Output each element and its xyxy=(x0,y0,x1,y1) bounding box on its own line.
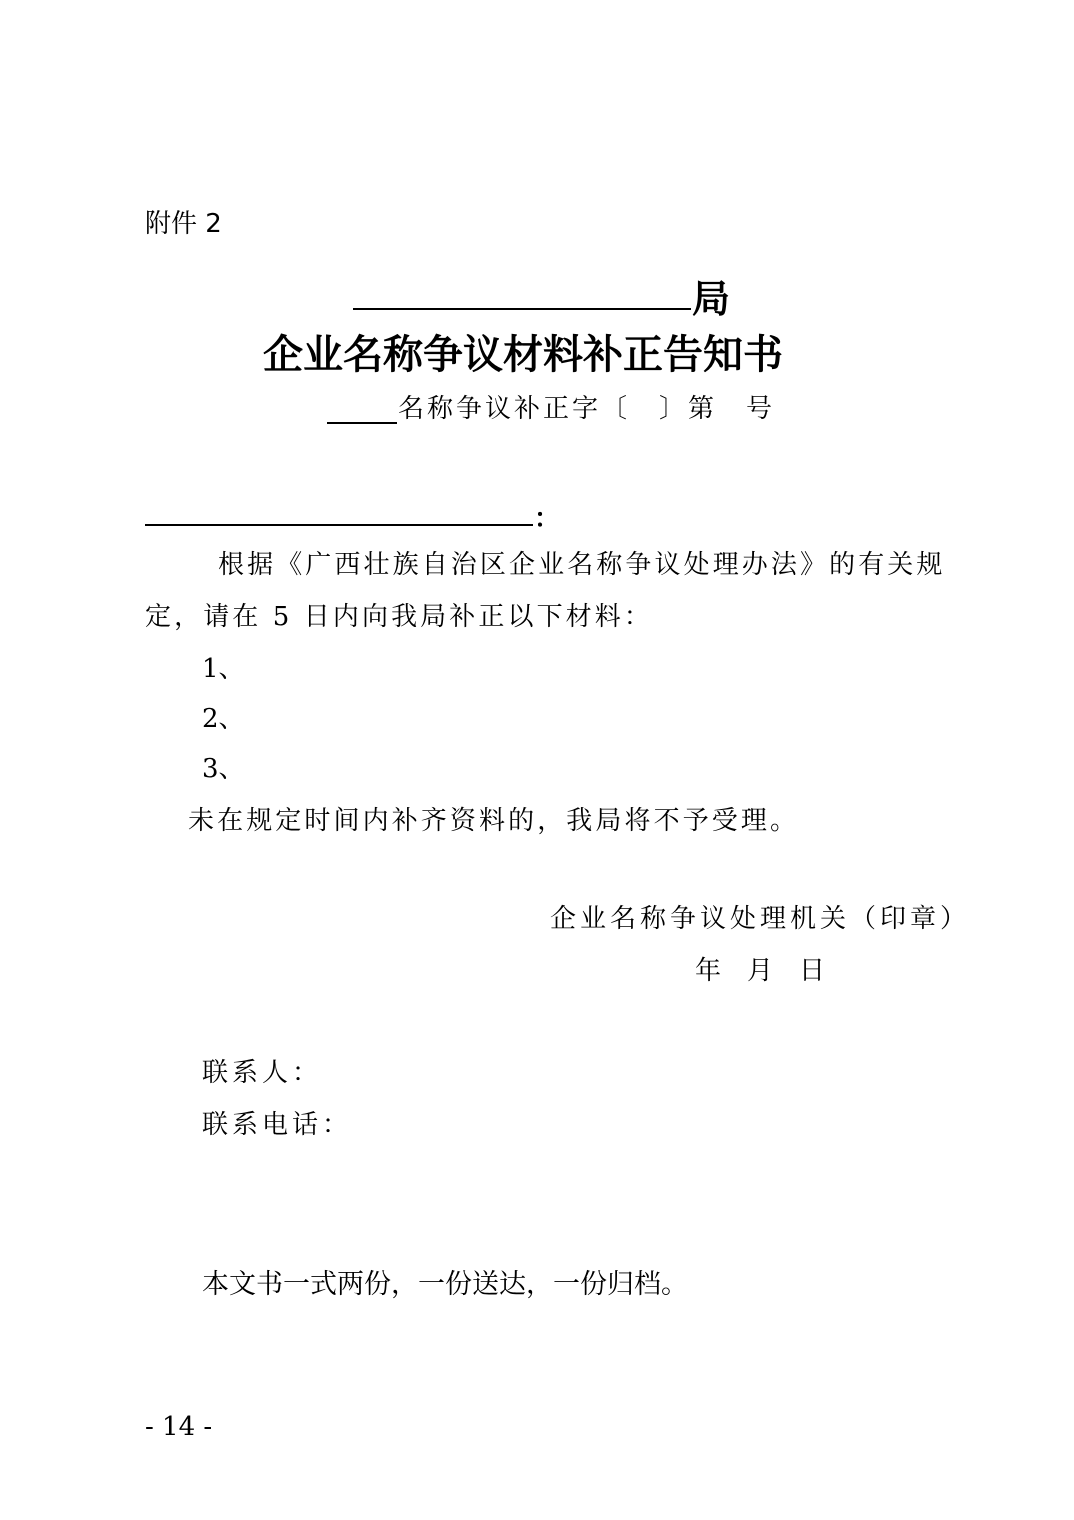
body-paragraph-1-line-1: 根据《广西壮族自治区企业名称争议处理办法》的有关规 xyxy=(218,544,946,581)
document-title: 企业名称争议材料补正告知书 xyxy=(263,323,783,380)
signature-date: 年 月 日 xyxy=(695,950,825,987)
doc-number-prefix-blank xyxy=(327,422,397,424)
recipient-blank xyxy=(145,524,533,526)
material-item-3: 3、 xyxy=(202,748,245,785)
page-number: - 14 - xyxy=(145,1412,212,1442)
contact-person-label: 联系人： xyxy=(202,1052,322,1089)
recipient-colon: ： xyxy=(534,498,560,535)
signature-authority: 企业名称争议处理机关（印章） xyxy=(550,898,970,935)
material-item-1: 1、 xyxy=(202,648,245,685)
bureau-suffix: 局 xyxy=(692,268,730,323)
contact-phone-label: 联系电话： xyxy=(202,1104,352,1141)
copies-note: 本文书一式两份，一份送达，一份归档。 xyxy=(202,1262,688,1301)
attachment-label: 附件 2 xyxy=(145,203,222,240)
body-paragraph-1-line-2: 定，请在 5 日内向我局补正以下材料： xyxy=(145,596,653,633)
material-item-2: 2、 xyxy=(202,698,245,735)
bureau-name-blank xyxy=(353,308,691,310)
doc-number: 名称争议补正字〔 〕第 号 xyxy=(398,388,775,425)
body-paragraph-2: 未在规定时间内补齐资料的，我局将不予受理。 xyxy=(188,800,799,837)
